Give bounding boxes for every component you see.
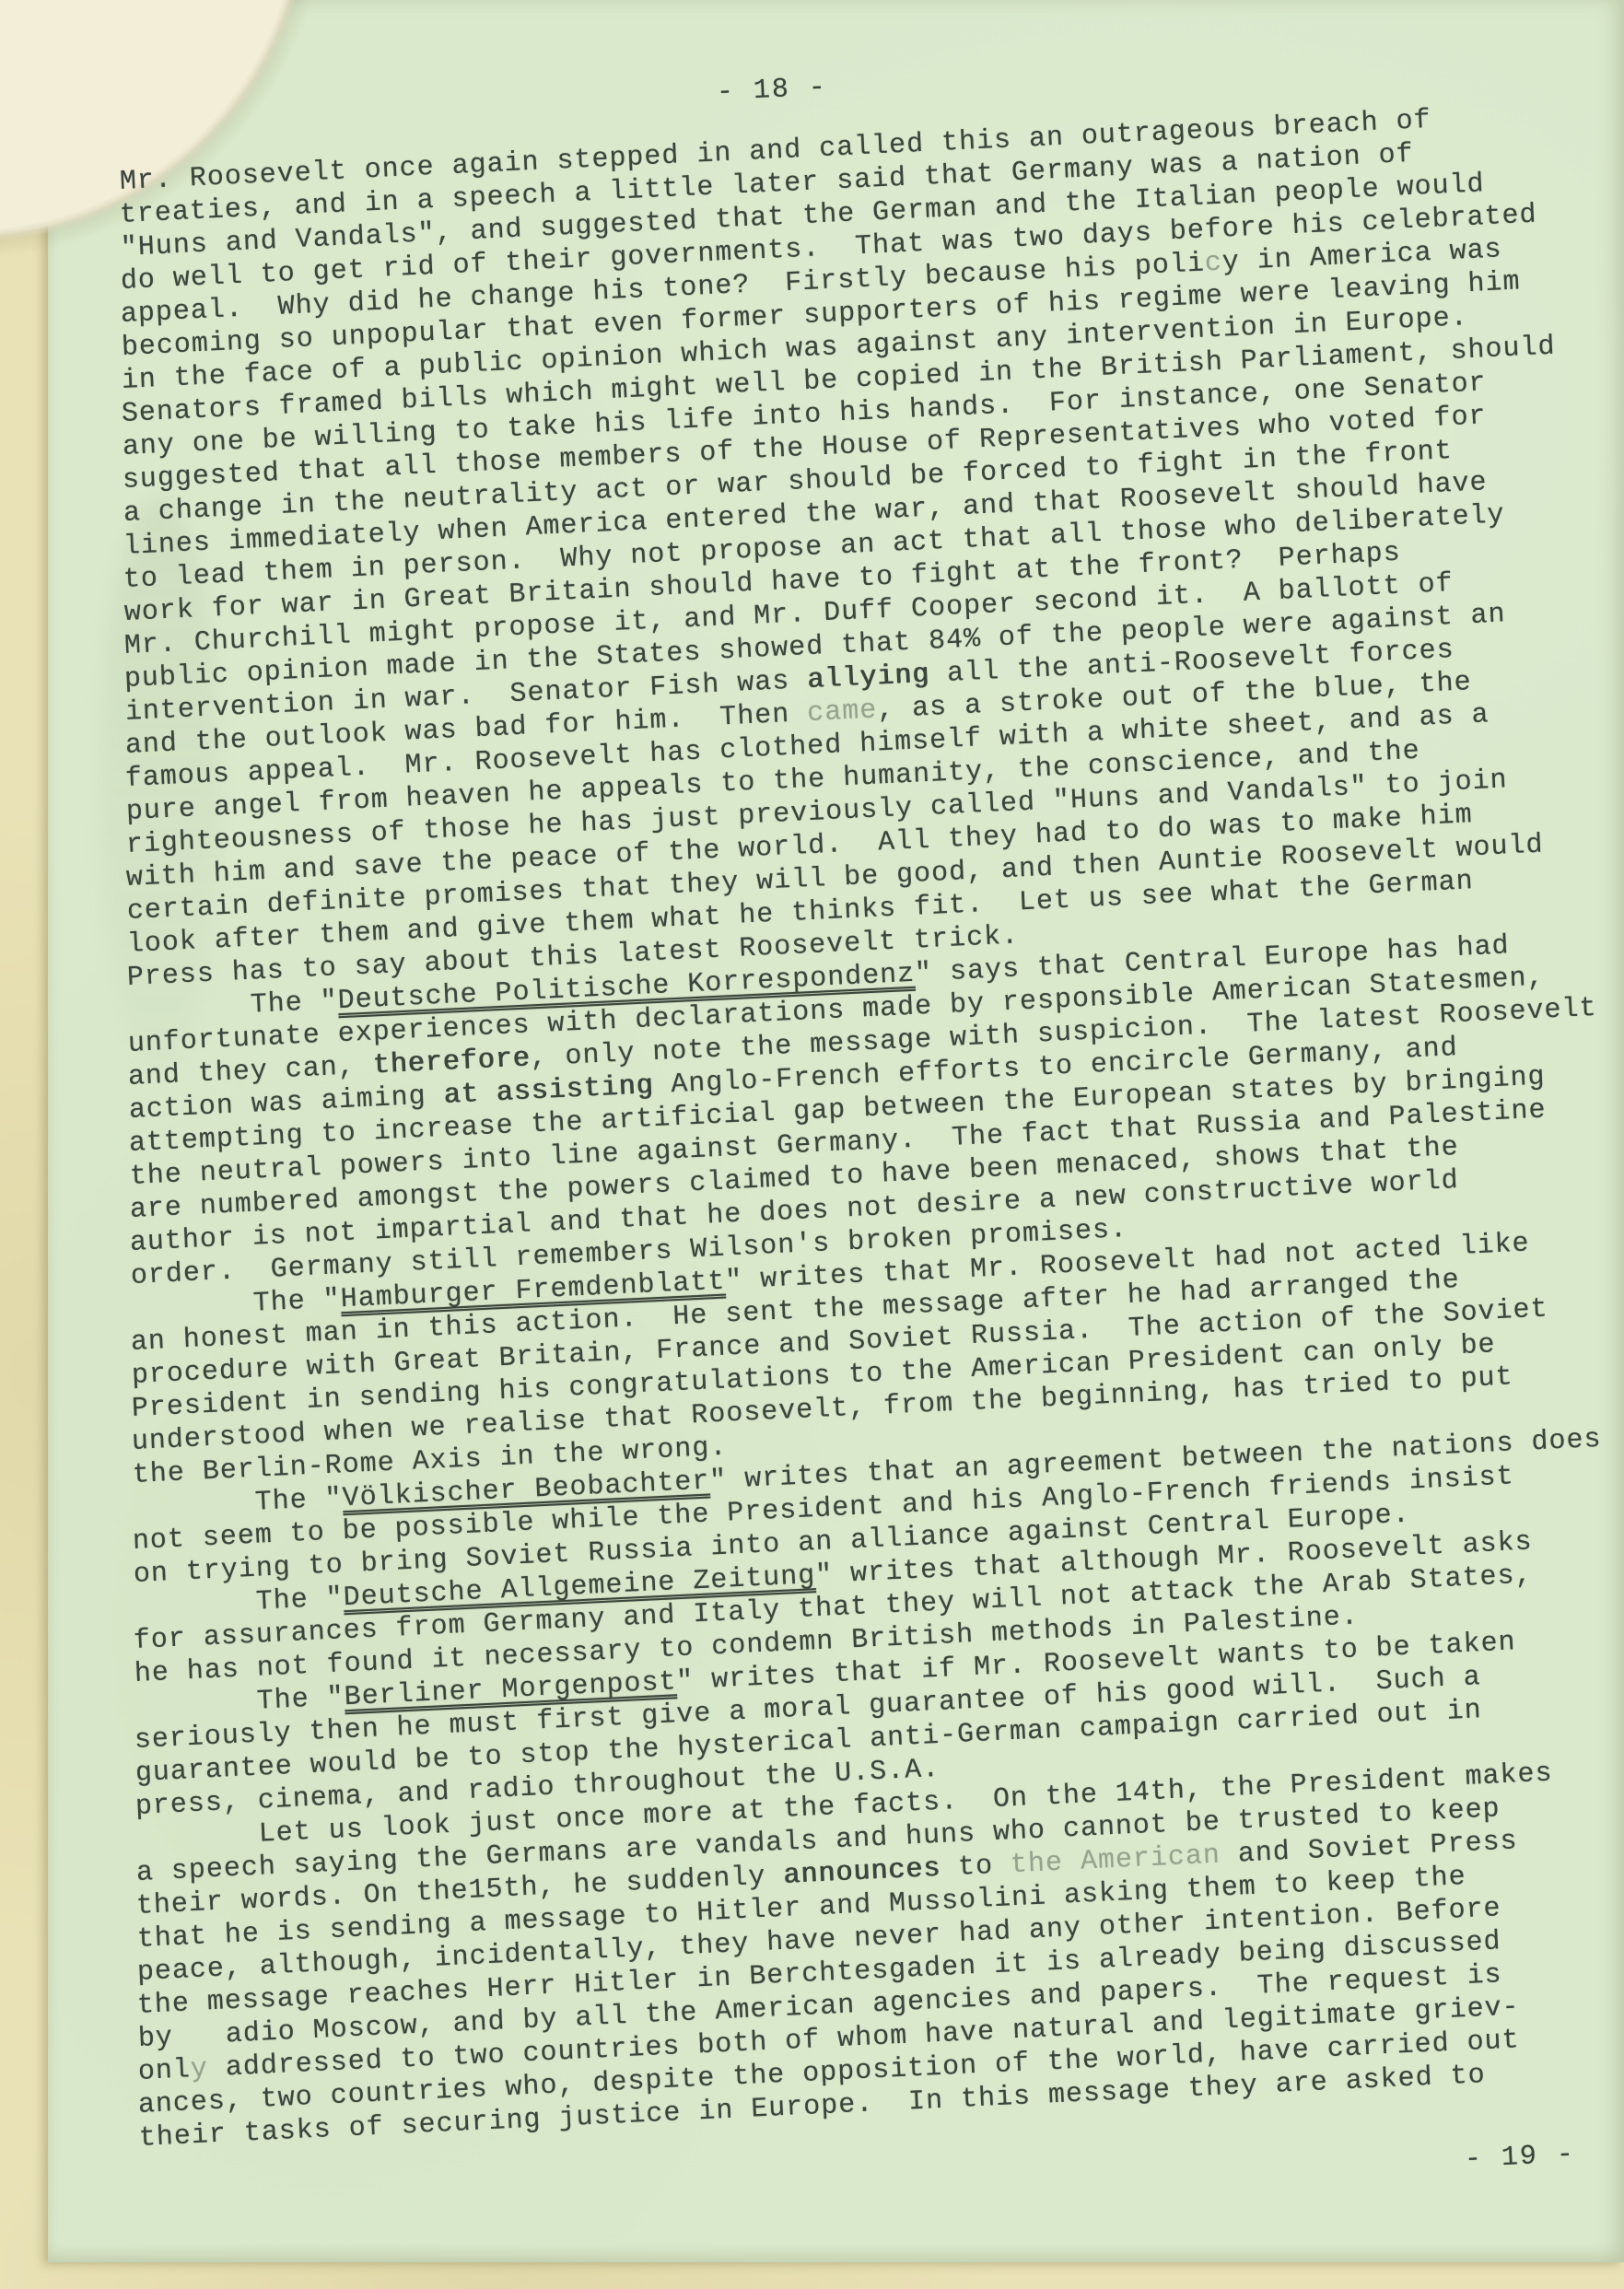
text-segment: came	[806, 695, 878, 730]
text-segment: to	[941, 1850, 1012, 1885]
page-number-top: - 18 -	[716, 72, 827, 109]
text-layer: - 18 - Mr. Roosevelt once again stepped …	[0, 0, 1624, 2289]
text-segment: y	[190, 2053, 209, 2085]
text-segment: announces	[783, 1853, 941, 1892]
page-number-bottom: - 19 -	[1464, 2139, 1575, 2176]
text-segment: therefore	[372, 1043, 531, 1081]
text-segment: onl	[137, 2054, 192, 2088]
text-segment: c	[1204, 248, 1223, 280]
text-segment: allying	[806, 660, 929, 696]
